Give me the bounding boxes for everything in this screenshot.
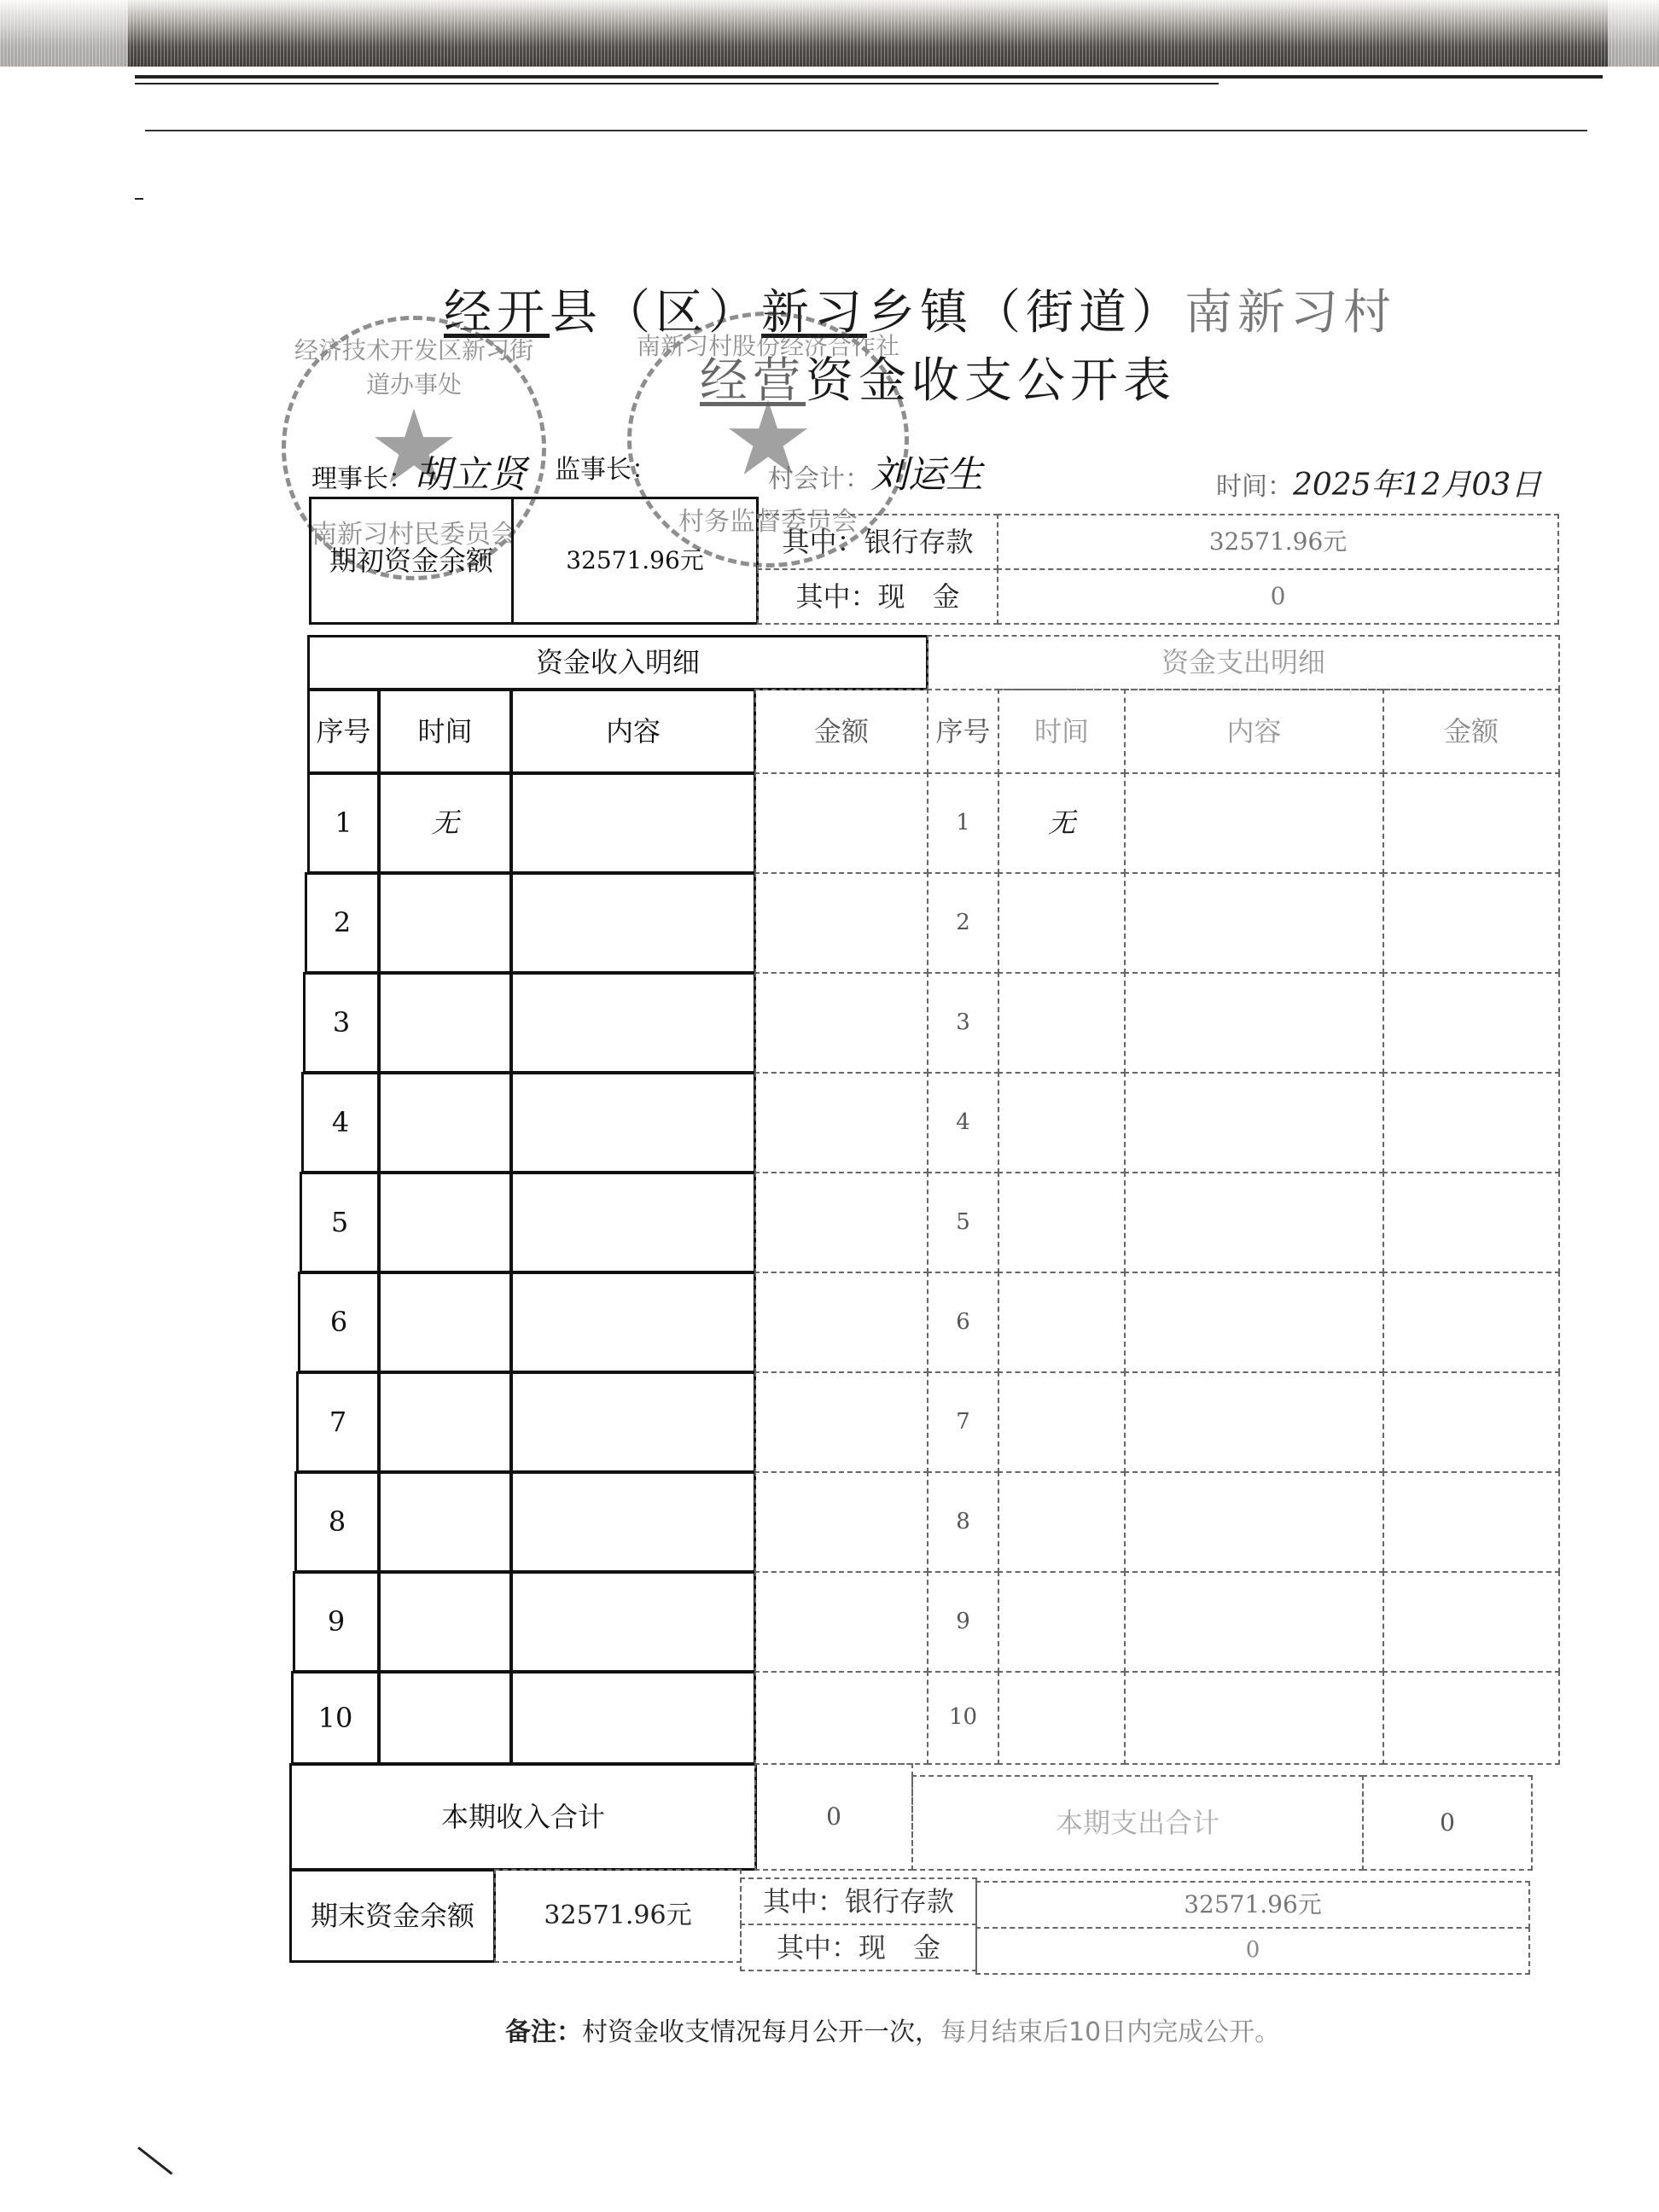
expense-row-amount xyxy=(1382,1571,1560,1673)
title-village: 南新习村 xyxy=(1185,285,1396,341)
expense-col-time: 时间 xyxy=(998,689,1126,774)
expense-row-time xyxy=(998,1471,1126,1573)
expense-row-content xyxy=(1124,872,1384,974)
income-row-amount xyxy=(754,772,928,874)
expense-row-content xyxy=(1124,972,1384,1074)
supervisor-label: 监事长： xyxy=(555,455,657,485)
expense-row-amount xyxy=(1382,972,1560,1074)
expense-row-time: 无 xyxy=(998,772,1126,874)
opening-bank-value: 32571.96元 xyxy=(997,514,1559,570)
closing-bank-label: 其中：银行存款 xyxy=(740,1877,977,1925)
income-row-no: 3 xyxy=(303,972,380,1074)
income-row-time xyxy=(378,1571,512,1673)
income-row-content xyxy=(510,772,756,874)
income-row-amount xyxy=(754,972,928,1074)
expense-row-time xyxy=(998,1571,1126,1673)
expense-row-no: 3 xyxy=(927,972,999,1074)
income-row-content xyxy=(510,1671,756,1765)
expense-col-content: 内容 xyxy=(1124,689,1384,774)
income-row-content xyxy=(510,1571,756,1673)
income-row-no: 8 xyxy=(294,1471,380,1573)
expense-row-content xyxy=(1124,1471,1384,1573)
scan-line xyxy=(135,83,1219,84)
scan-edge-right xyxy=(1608,0,1659,68)
footer-note: 备注：村资金收支情况每月公开一次，每月结束后10日内完成公开。 xyxy=(505,2011,1280,2048)
expense-row-no: 2 xyxy=(927,872,999,974)
expense-row-no: 8 xyxy=(927,1471,999,1573)
expense-col-no: 序号 xyxy=(927,689,999,774)
expense-total-label: 本期支出合计 xyxy=(911,1775,1364,1871)
expense-row-no: 1 xyxy=(927,772,999,874)
expense-row-no: 4 xyxy=(927,1072,999,1173)
note-text-faint: 每月结束后10日内完成公开。 xyxy=(940,2017,1280,2047)
closing-cash-value: 0 xyxy=(975,1927,1530,1975)
expense-row-no: 9 xyxy=(927,1571,999,1673)
note-label: 备注： xyxy=(505,2017,582,2047)
scan-line xyxy=(135,75,1603,79)
income-row-content xyxy=(510,1471,756,1573)
date-value: 2025年12月03日 xyxy=(1293,468,1541,503)
income-row-amount xyxy=(754,1172,928,1273)
income-row-time xyxy=(378,1172,512,1273)
expense-row-time xyxy=(998,1671,1126,1765)
note-text-main: 村资金收支情况每月公开一次， xyxy=(582,2017,940,2047)
income-row-content xyxy=(510,1371,756,1473)
income-row-content xyxy=(510,1072,756,1173)
opening-cash-label: 其中：现 金 xyxy=(757,568,998,625)
expense-row-time xyxy=(998,1072,1126,1173)
closing-balance-total: 32571.96元 xyxy=(494,1869,742,1963)
income-col-no: 序号 xyxy=(307,689,380,774)
expense-row-content xyxy=(1124,1072,1384,1173)
expense-total-value: 0 xyxy=(1362,1775,1533,1871)
expense-row-amount xyxy=(1382,1272,1560,1373)
expense-row-content xyxy=(1124,1172,1384,1273)
income-total-label: 本期收入合计 xyxy=(289,1763,757,1871)
chairman-label: 理事长： xyxy=(311,464,414,494)
income-row-content xyxy=(510,872,756,974)
expense-row-content xyxy=(1124,1272,1384,1373)
margin-mark xyxy=(135,198,143,200)
income-row-amount xyxy=(754,1671,928,1765)
closing-bank-value: 32571.96元 xyxy=(975,1881,1530,1929)
income-row-no: 1 xyxy=(307,772,380,874)
expense-row-time xyxy=(998,1172,1126,1273)
expense-row-amount xyxy=(1382,1072,1560,1173)
date-label: 时间： xyxy=(1216,472,1293,502)
expense-row-amount xyxy=(1382,872,1560,974)
income-total-value: 0 xyxy=(754,1763,913,1871)
expense-row-content xyxy=(1124,1371,1384,1473)
accountant-name: 刘运生 xyxy=(870,453,983,497)
income-row-no: 10 xyxy=(291,1671,380,1765)
opening-balance-total: 32571.96元 xyxy=(511,497,759,625)
closing-balance-label: 期末资金余额 xyxy=(289,1869,496,1963)
expense-row-amount xyxy=(1382,1172,1560,1273)
scan-edge-left xyxy=(0,0,128,68)
income-section-title: 资金收入明细 xyxy=(307,635,928,690)
expense-row-no: 7 xyxy=(927,1371,999,1473)
income-row-no: 7 xyxy=(296,1371,380,1473)
expense-row-content xyxy=(1124,1571,1384,1673)
expense-row-time xyxy=(998,1272,1126,1373)
income-row-time xyxy=(378,1272,512,1373)
expense-row-time xyxy=(998,1371,1126,1473)
income-row-time xyxy=(378,1371,512,1473)
income-row-amount xyxy=(754,1471,928,1573)
expense-row-no: 6 xyxy=(927,1272,999,1373)
income-row-amount xyxy=(754,1571,928,1673)
expense-row-amount xyxy=(1382,1671,1560,1765)
income-col-amount: 金额 xyxy=(754,689,928,774)
income-row-time: 无 xyxy=(378,772,512,874)
expense-row-no: 5 xyxy=(927,1172,999,1273)
expense-row-no: 10 xyxy=(927,1671,999,1765)
expense-col-amount: 金额 xyxy=(1382,689,1560,774)
income-row-time xyxy=(378,972,512,1074)
income-row-time xyxy=(378,1671,512,1765)
opening-bank-label: 其中：银行存款 xyxy=(757,514,998,570)
income-row-amount xyxy=(754,1072,928,1173)
accountant-signature: 村会计：刘运生 xyxy=(768,444,983,498)
accountant-label: 村会计： xyxy=(768,464,870,494)
income-row-no: 2 xyxy=(305,872,380,974)
income-row-time xyxy=(378,872,512,974)
opening-balance-label: 期初资金余额 xyxy=(309,497,514,625)
income-row-no: 6 xyxy=(298,1272,380,1373)
expense-row-amount xyxy=(1382,772,1560,874)
income-row-amount xyxy=(754,1371,928,1473)
expense-row-time xyxy=(998,972,1126,1074)
income-row-time xyxy=(378,1471,512,1573)
income-row-no: 9 xyxy=(293,1571,380,1673)
expense-row-content xyxy=(1124,1671,1384,1765)
income-row-content xyxy=(510,1172,756,1273)
income-row-no: 4 xyxy=(301,1072,380,1173)
income-col-content: 内容 xyxy=(510,689,756,774)
date-field: 时间：2025年12月03日 xyxy=(1216,461,1541,504)
stamp-outer-text: 南新习村股份经济合作社 xyxy=(632,328,905,362)
expense-section-title: 资金支出明细 xyxy=(927,635,1560,690)
income-row-time xyxy=(378,1072,512,1173)
page-title-line1: 经开县（区）新习乡镇（街道）南新习村 xyxy=(444,275,1396,343)
income-row-content xyxy=(510,1272,756,1373)
opening-cash-value: 0 xyxy=(997,568,1559,625)
expense-row-amount xyxy=(1382,1371,1560,1473)
title-town-suffix: 乡镇（街道） xyxy=(867,285,1185,341)
income-row-amount xyxy=(754,872,928,974)
income-row-content xyxy=(510,972,756,1074)
supervisor-signature: 监事长： xyxy=(555,444,657,487)
income-row-amount xyxy=(754,1272,928,1373)
expense-row-time xyxy=(998,872,1126,974)
scan-artifact-band xyxy=(0,0,1659,67)
income-row-no: 5 xyxy=(300,1172,380,1273)
closing-cash-label: 其中：现 金 xyxy=(740,1924,977,1971)
scan-line xyxy=(145,130,1587,131)
chairman-signature: 理事长：胡立贤 xyxy=(311,444,527,498)
expense-row-amount xyxy=(1382,1471,1560,1573)
income-col-time: 时间 xyxy=(378,689,512,774)
chairman-name: 胡立贤 xyxy=(414,453,527,497)
expense-row-content xyxy=(1124,772,1384,874)
scan-corner-mark xyxy=(137,2146,172,2174)
